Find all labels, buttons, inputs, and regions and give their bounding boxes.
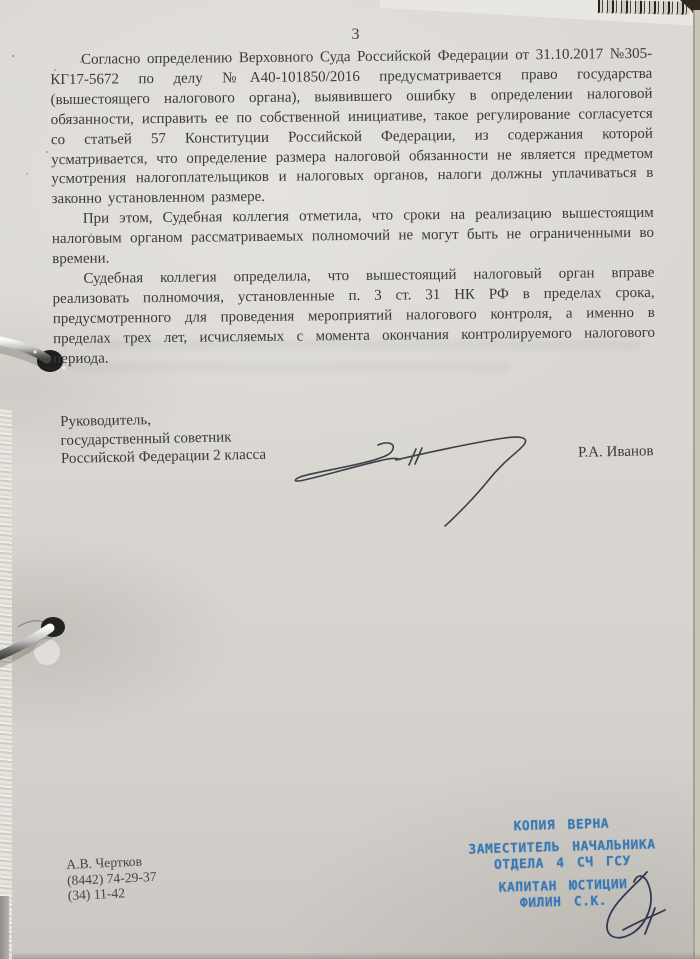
page-left-edge [0, 408, 12, 959]
signature-graphic [290, 420, 560, 540]
dust-specks [12, 55, 14, 57]
photographed-document-page: 3 Согласно определению Верховного Суда Р… [0, 0, 700, 959]
page-left-edge-bottom [0, 896, 9, 959]
stacked-pages-edge [598, 0, 690, 15]
stamp-line: КОПИЯ ВЕРНА [455, 815, 667, 837]
page-right-edge [693, 10, 700, 959]
document-body: Согласно определению Верховного Суда Рос… [50, 45, 655, 370]
executor-contact-block: А.В. Чертков (8442) 74-29-37 (34) 11-42 [66, 853, 158, 904]
signer-name: Р.А. Иванов [578, 443, 654, 462]
stamp-signature-graphic [585, 858, 695, 958]
page-number: 3 [0, 26, 700, 44]
body-paragraph: При этом, Судебная коллегия отметила, чт… [52, 204, 655, 270]
body-paragraph: Согласно определению Верховного Суда Рос… [50, 45, 654, 211]
binder-ring-icon [0, 593, 95, 673]
body-paragraph: Судебная коллегия определила, что вышест… [52, 264, 655, 370]
